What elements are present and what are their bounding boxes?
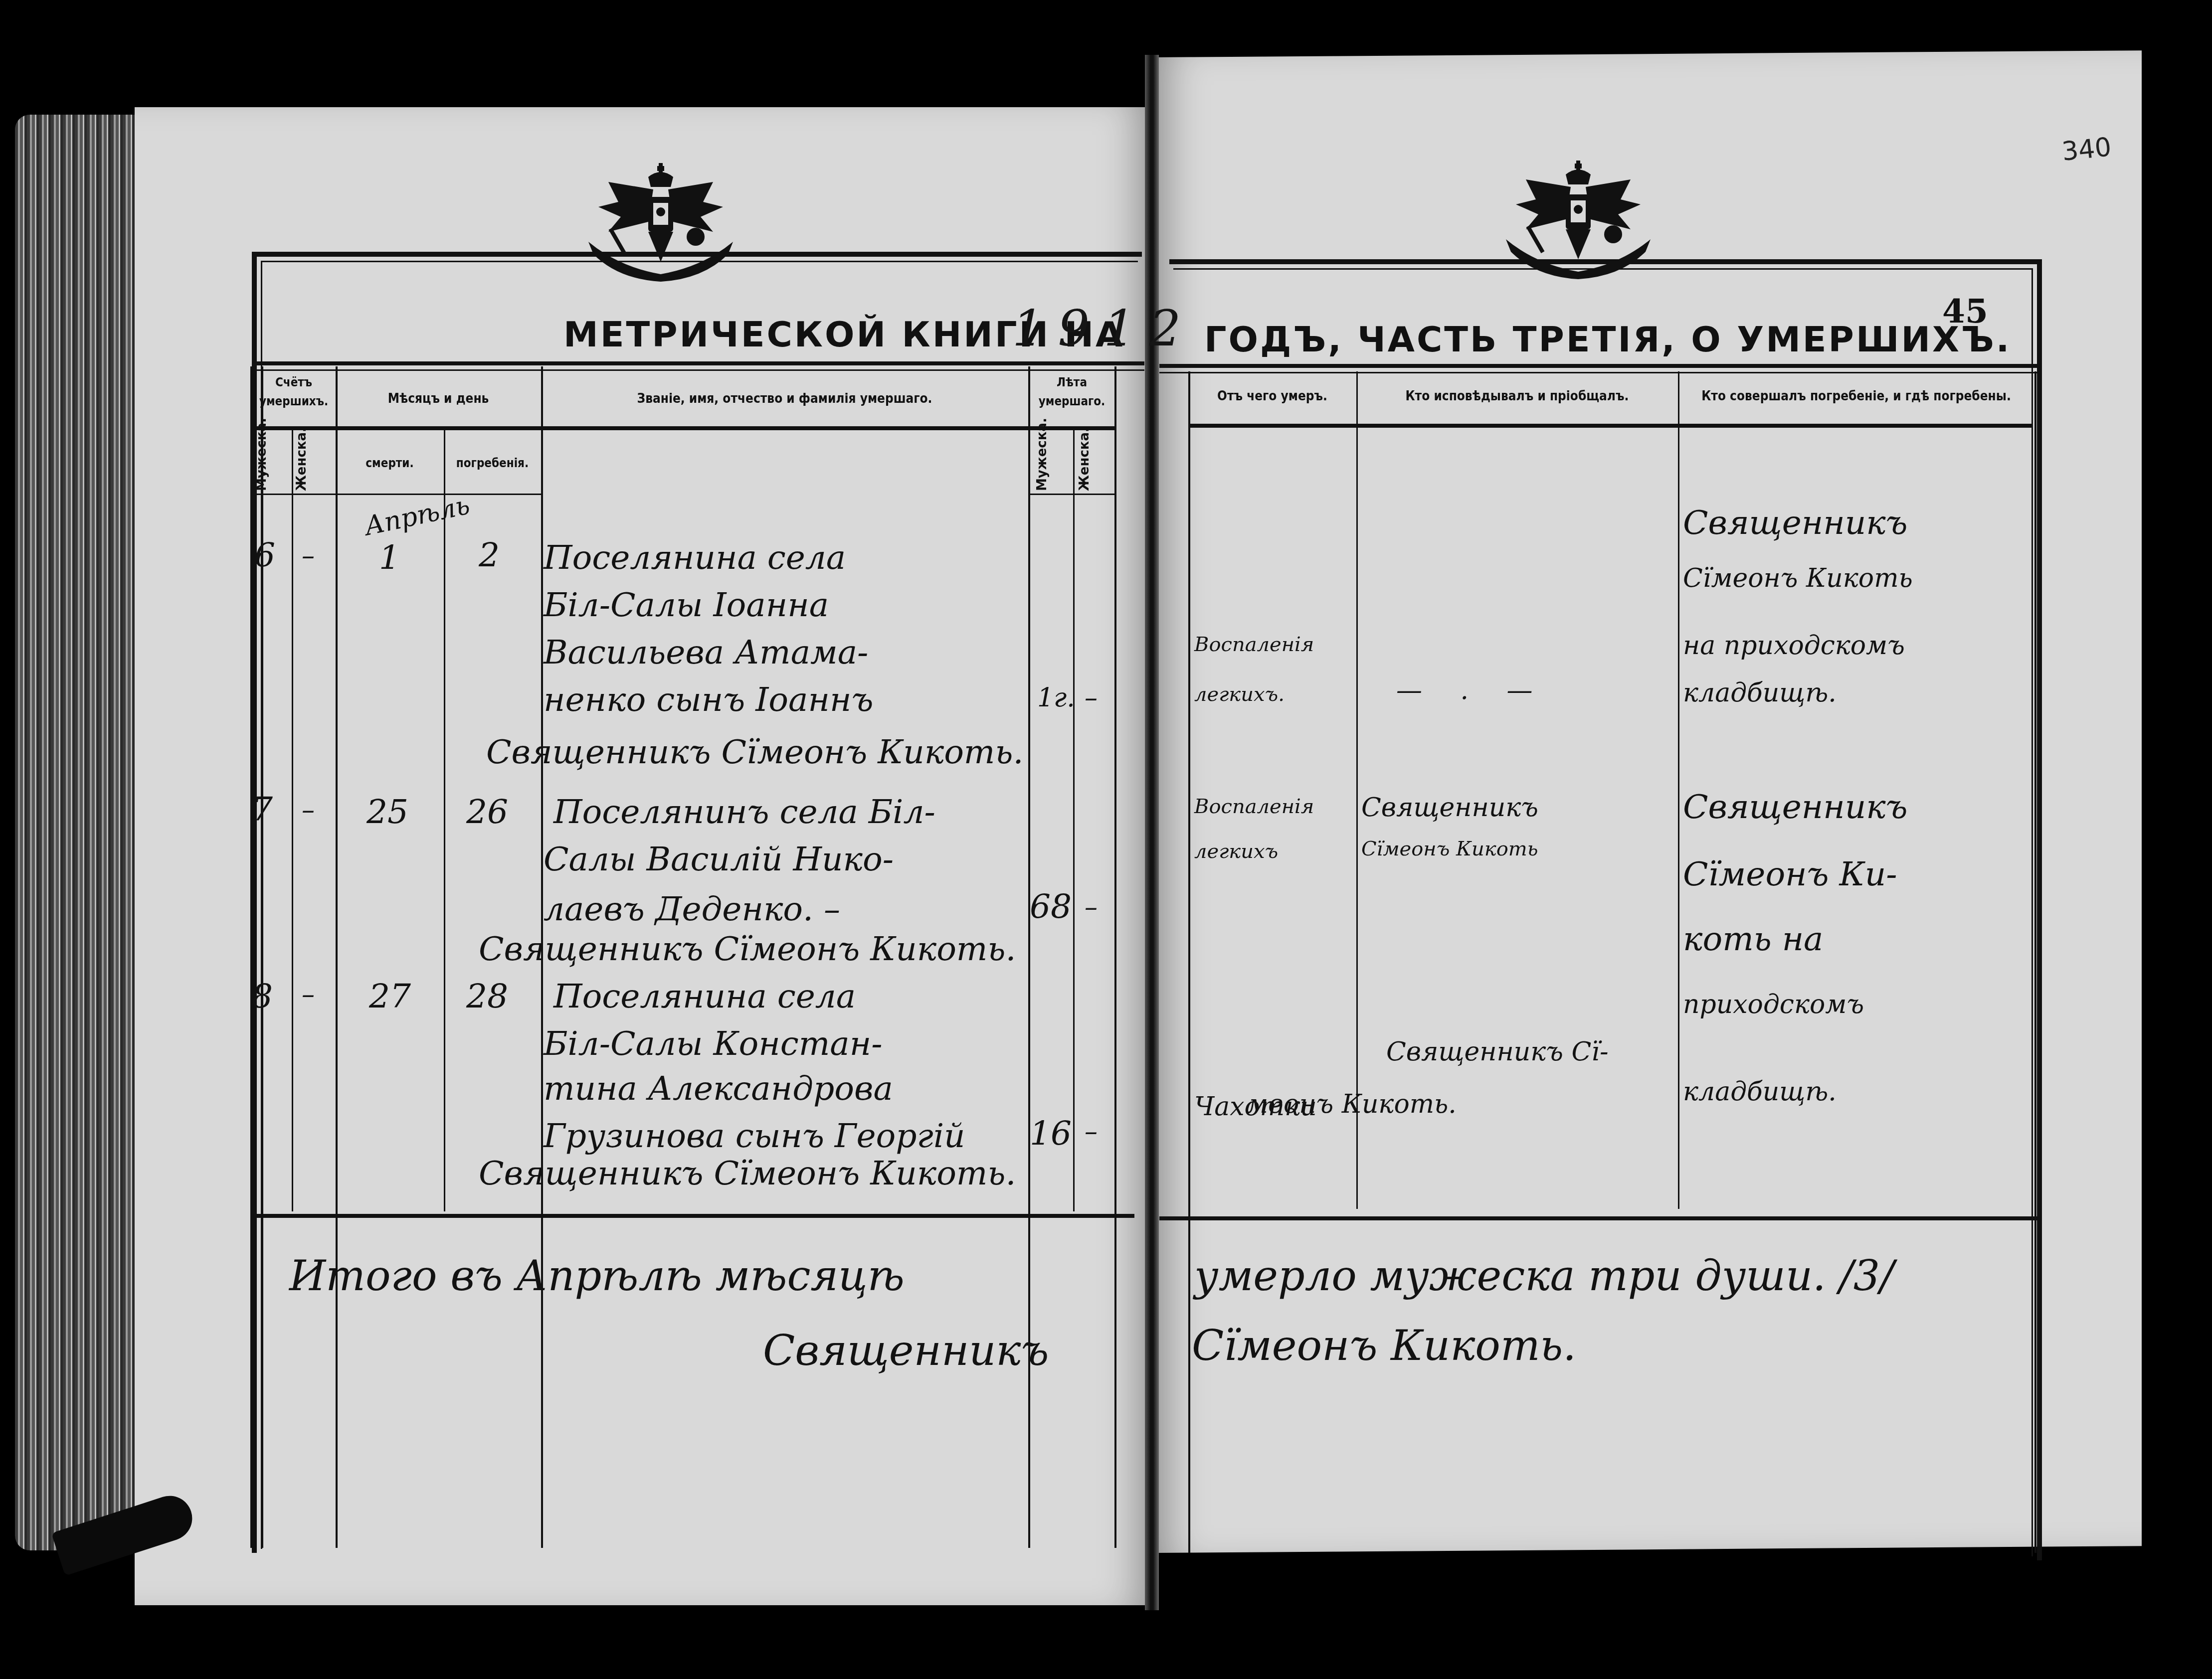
entry-burial-day: 28 <box>466 977 508 1015</box>
entry-age-male: 1г. <box>1037 683 1075 713</box>
double-headed-eagle-icon <box>1496 160 1660 279</box>
table-bottom-rule-right <box>1159 1216 2037 1220</box>
entry-burial-line: Сїмеонъ Кикоть <box>1683 563 1913 593</box>
summary-signature-name: Сїмеонъ Кикоть. <box>1192 1321 1576 1370</box>
entry-name-line: Грузинова сынъ Георгій <box>544 1117 965 1155</box>
header-cause: Отъ чего умеръ. <box>1188 386 1356 407</box>
column-divider <box>1188 371 1190 1553</box>
entry-confessor-line: меонъ Кикоть. <box>1247 1089 1457 1119</box>
header-rule-right <box>1189 424 2032 428</box>
header-date-group: Мѣсяцъ и день <box>336 389 541 410</box>
entry-burial-line: кладбищѣ. <box>1683 678 1837 708</box>
archive-folio-number: 340 <box>2060 132 2113 167</box>
header-age-male: Мужеска. <box>1035 418 1050 491</box>
entry-burial-line: кладбищѣ. <box>1683 1077 1837 1107</box>
entry-confessor-line: Священникъ Сї- <box>1386 1037 1609 1067</box>
double-headed-eagle-icon <box>578 162 743 282</box>
entry-male-number: 6 <box>254 536 275 574</box>
header-burial: Кто совершалъ погребеніе, и гдѣ погребен… <box>1678 386 2034 407</box>
book-page-edges <box>15 115 140 1550</box>
entry-burial-line: Священникъ <box>1683 788 1908 826</box>
subheader-rule <box>252 494 541 495</box>
entry-cause-line: легкихъ <box>1194 840 1278 863</box>
entry-age-female: – <box>1085 683 1098 713</box>
entry-name-line: лаевъ Деденко. – <box>544 890 840 928</box>
header-name: Званіе, имя, отчество и фамилія умершаго… <box>541 389 1028 410</box>
column-divider <box>1114 366 1116 1548</box>
entry-age-female: – <box>1085 892 1098 922</box>
entry-burial-line: на приходскомъ <box>1683 631 1905 661</box>
entry-name-line: ненко сынъ Іоаннъ <box>544 680 873 719</box>
entry-burial-line: приходскомъ <box>1683 990 1864 1019</box>
entry-cause-line: Воспаленія <box>1194 633 1314 656</box>
entry-name-line: Васильева Атама- <box>544 633 868 672</box>
entry-name-line: Біл-Салы Іоанна <box>544 586 829 624</box>
header-age-female: Женска. <box>1077 427 1092 491</box>
header-count-male: Мужеска. <box>254 418 269 491</box>
column-divider <box>250 366 252 1548</box>
entry-burial-line: Сїмеонъ Ки- <box>1683 855 1897 893</box>
header-count-female: Женска. <box>294 427 309 491</box>
entry-name-line: Салы Василій Нико- <box>544 840 894 878</box>
summary-left: Итого въ Апрѣлѣ мѣсяцѣ <box>289 1251 905 1300</box>
entry-death-day: 1 <box>379 538 400 577</box>
column-divider <box>444 429 445 1211</box>
book-title-right: ГОДЪ, ЧАСТЬ ТРЕТІЯ, О УМЕРШИХЪ. <box>1204 319 2011 360</box>
book-gutter <box>1145 55 1159 1610</box>
entry-age-female: – <box>1085 1117 1098 1147</box>
column-divider <box>2034 371 2036 1553</box>
title-rule-right <box>1159 364 2042 373</box>
entry-burial-day: 26 <box>466 793 508 831</box>
entry-female-number: – <box>302 541 315 571</box>
entry-signature: Священникъ Сїмеонъ Кикоть. <box>479 1154 1016 1192</box>
entry-name-line: Поселянинъ села Біл- <box>553 793 935 831</box>
header-confessor: Кто исповѣдывалъ и пріобщалъ. <box>1356 386 1678 407</box>
entry-death-day: 25 <box>367 793 408 831</box>
entry-name-line: тина Александрова <box>544 1069 893 1108</box>
entry-burial-line: Священникъ <box>1683 504 1908 542</box>
column-divider <box>1356 371 1358 1209</box>
entry-name-line: Поселянина села <box>544 538 846 577</box>
entry-age-male: 16 <box>1030 1114 1072 1153</box>
entry-cause-line: легкихъ. <box>1194 683 1285 706</box>
column-divider <box>292 429 293 1211</box>
header-rule-left <box>252 426 1114 430</box>
entry-female-number: – <box>302 795 315 825</box>
column-divider <box>1073 429 1075 1211</box>
header-age-group: Лѣта умершаго. <box>1028 373 1115 411</box>
entry-death-day: 27 <box>369 977 411 1015</box>
entry-name-line: Біл-Салы Констан- <box>544 1024 883 1063</box>
entry-confessor: — . — <box>1396 675 1548 705</box>
column-divider <box>1678 371 1679 1209</box>
entry-burial-line: коть на <box>1683 920 1823 958</box>
column-divider <box>336 366 338 1548</box>
summary-right: умерло мужеска три души. /3/ <box>1194 1251 1894 1300</box>
register-year: 1912 <box>1012 299 1195 357</box>
table-bottom-rule-left <box>252 1214 1134 1218</box>
entry-male-number: 8 <box>252 977 273 1015</box>
header-date-death: смерти. <box>336 454 444 473</box>
entry-male-number: 7 <box>252 790 273 829</box>
entry-signature: Священникъ Сїмеонъ Кикоть. <box>486 733 1023 771</box>
entry-burial-day: 2 <box>479 536 500 574</box>
title-rule-left <box>252 361 1144 371</box>
page-number: 45 <box>1942 292 1988 331</box>
entry-confessor-line: Священникъ <box>1361 793 1538 823</box>
header-date-burial: погребенія. <box>444 454 541 473</box>
entry-cause-line: Воспаленія <box>1194 795 1314 818</box>
entry-name-line: Поселянина села <box>553 977 856 1015</box>
entry-signature: Священникъ Сїмеонъ Кикоть. <box>479 930 1016 968</box>
header-count-group: Счётъ умершихъ. <box>252 373 336 411</box>
subheader-rule <box>1028 494 1115 495</box>
entry-age-male: 68 <box>1030 887 1072 926</box>
entry-confessor-line: Сїмеонъ Кикоть <box>1361 838 1538 860</box>
entry-female-number: – <box>302 980 315 1009</box>
summary-signature-title: Священникъ <box>763 1326 1049 1375</box>
